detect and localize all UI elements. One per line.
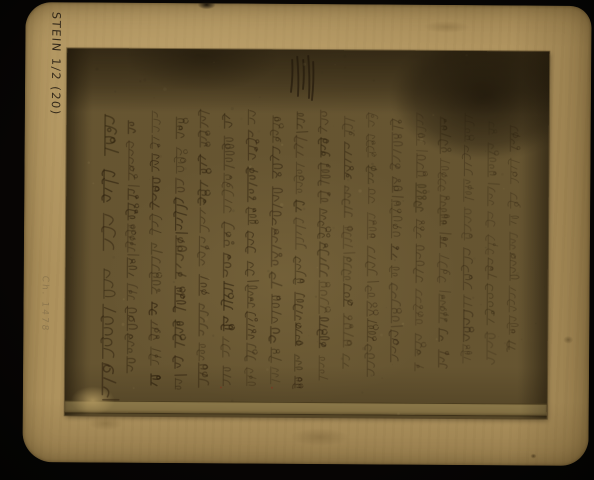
manuscript-text-canvas xyxy=(65,48,550,418)
stain xyxy=(198,0,216,9)
catalog-label-text: STEIN 1/2 (20) xyxy=(49,11,64,116)
photo-mount-board: STEIN 1/2 (20) Ch. 1478 xyxy=(0,0,594,480)
stain xyxy=(89,416,123,430)
stain xyxy=(563,336,573,344)
stain xyxy=(530,454,536,459)
mount-card: STEIN 1/2 (20) Ch. 1478 xyxy=(22,2,591,466)
pencil-annotation-text: Ch. 1478 xyxy=(39,275,49,333)
manuscript-photograph xyxy=(65,48,550,418)
stain xyxy=(423,21,469,33)
stain xyxy=(291,428,349,446)
